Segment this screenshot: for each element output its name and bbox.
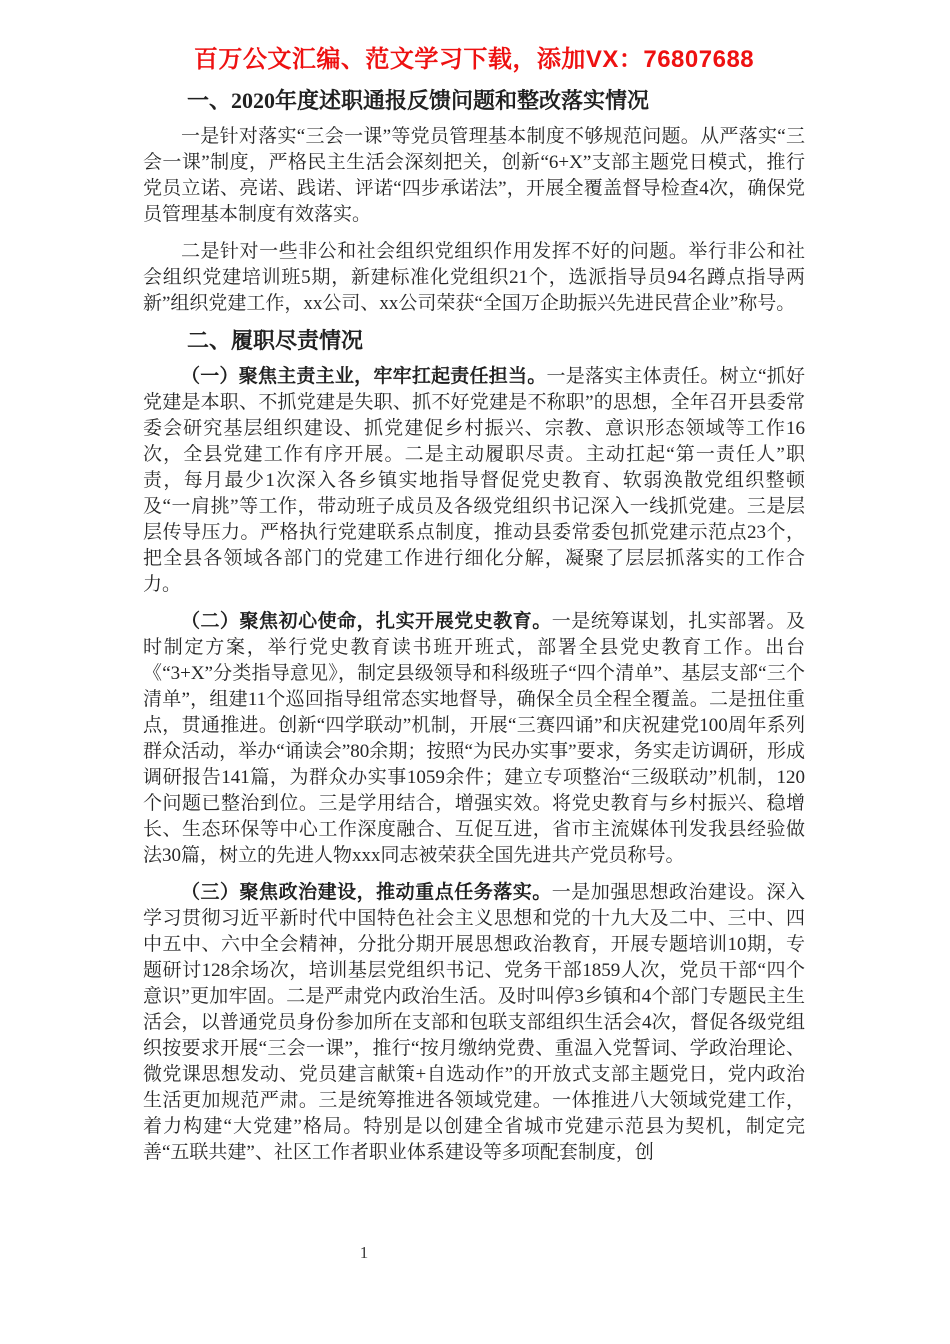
paragraph-bold-lead: （三）聚焦政治建设，推动重点任务落实。 bbox=[181, 882, 552, 903]
paragraph-issue-2: 二是针对一些非公和社会组织党组织作用发挥不好的问题。举行非公和社会组织党建培训班… bbox=[143, 239, 805, 317]
promo-notice-banner: 百万公文汇编、范文学习下载，添加VX：76807688 bbox=[143, 46, 805, 74]
page-number: 1 bbox=[352, 1242, 376, 1264]
document-page: 百万公文汇编、范文学习下载，添加VX：76807688 一、2020年度述职通报… bbox=[0, 0, 950, 1344]
section-heading-1: 一、2020年度述职通报反馈问题和整改落实情况 bbox=[143, 88, 805, 114]
paragraph-duty-2: （二）聚焦初心使命，扎实开展党史教育。一是统筹谋划，扎实部署。及时制定方案，举行… bbox=[143, 609, 805, 869]
paragraph-text: 一是加强思想政治建设。深入学习贯彻习近平新时代中国特色社会主义思想和党的十九大及… bbox=[143, 882, 805, 1163]
document-content: 百万公文汇编、范文学习下载，添加VX：76807688 一、2020年度述职通报… bbox=[143, 46, 805, 1177]
paragraph-duty-1: （一）聚焦主责主业，牢牢扛起责任担当。一是落实主体责任。树立“抓好党建是本职、不… bbox=[143, 364, 805, 598]
paragraph-issue-1: 一是针对落实“三会一课”等党员管理基本制度不够规范问题。从严落实“三会一课”制度… bbox=[143, 124, 805, 228]
paragraph-text: 一是针对落实“三会一课”等党员管理基本制度不够规范问题。从严落实“三会一课”制度… bbox=[143, 126, 805, 225]
paragraph-bold-lead: （二）聚焦初心使命，扎实开展党史教育。 bbox=[181, 611, 552, 632]
paragraph-text: 一是统筹谋划，扎实部署。及时制定方案，举行党史教育读书班开班式，部署全县党史教育… bbox=[143, 611, 805, 866]
paragraph-text: 一是落实主体责任。树立“抓好党建是本职、不抓党建是失职、抓不好党建是不称职”的思… bbox=[143, 366, 805, 595]
paragraph-duty-3: （三）聚焦政治建设，推动重点任务落实。一是加强思想政治建设。深入学习贯彻习近平新… bbox=[143, 880, 805, 1166]
paragraph-bold-lead: （一）聚焦主责主业，牢牢扛起责任担当。 bbox=[181, 366, 546, 387]
section-heading-2: 二、履职尽责情况 bbox=[143, 328, 805, 354]
paragraph-text: 二是针对一些非公和社会组织党组织作用发挥不好的问题。举行非公和社会组织党建培训班… bbox=[143, 241, 805, 314]
